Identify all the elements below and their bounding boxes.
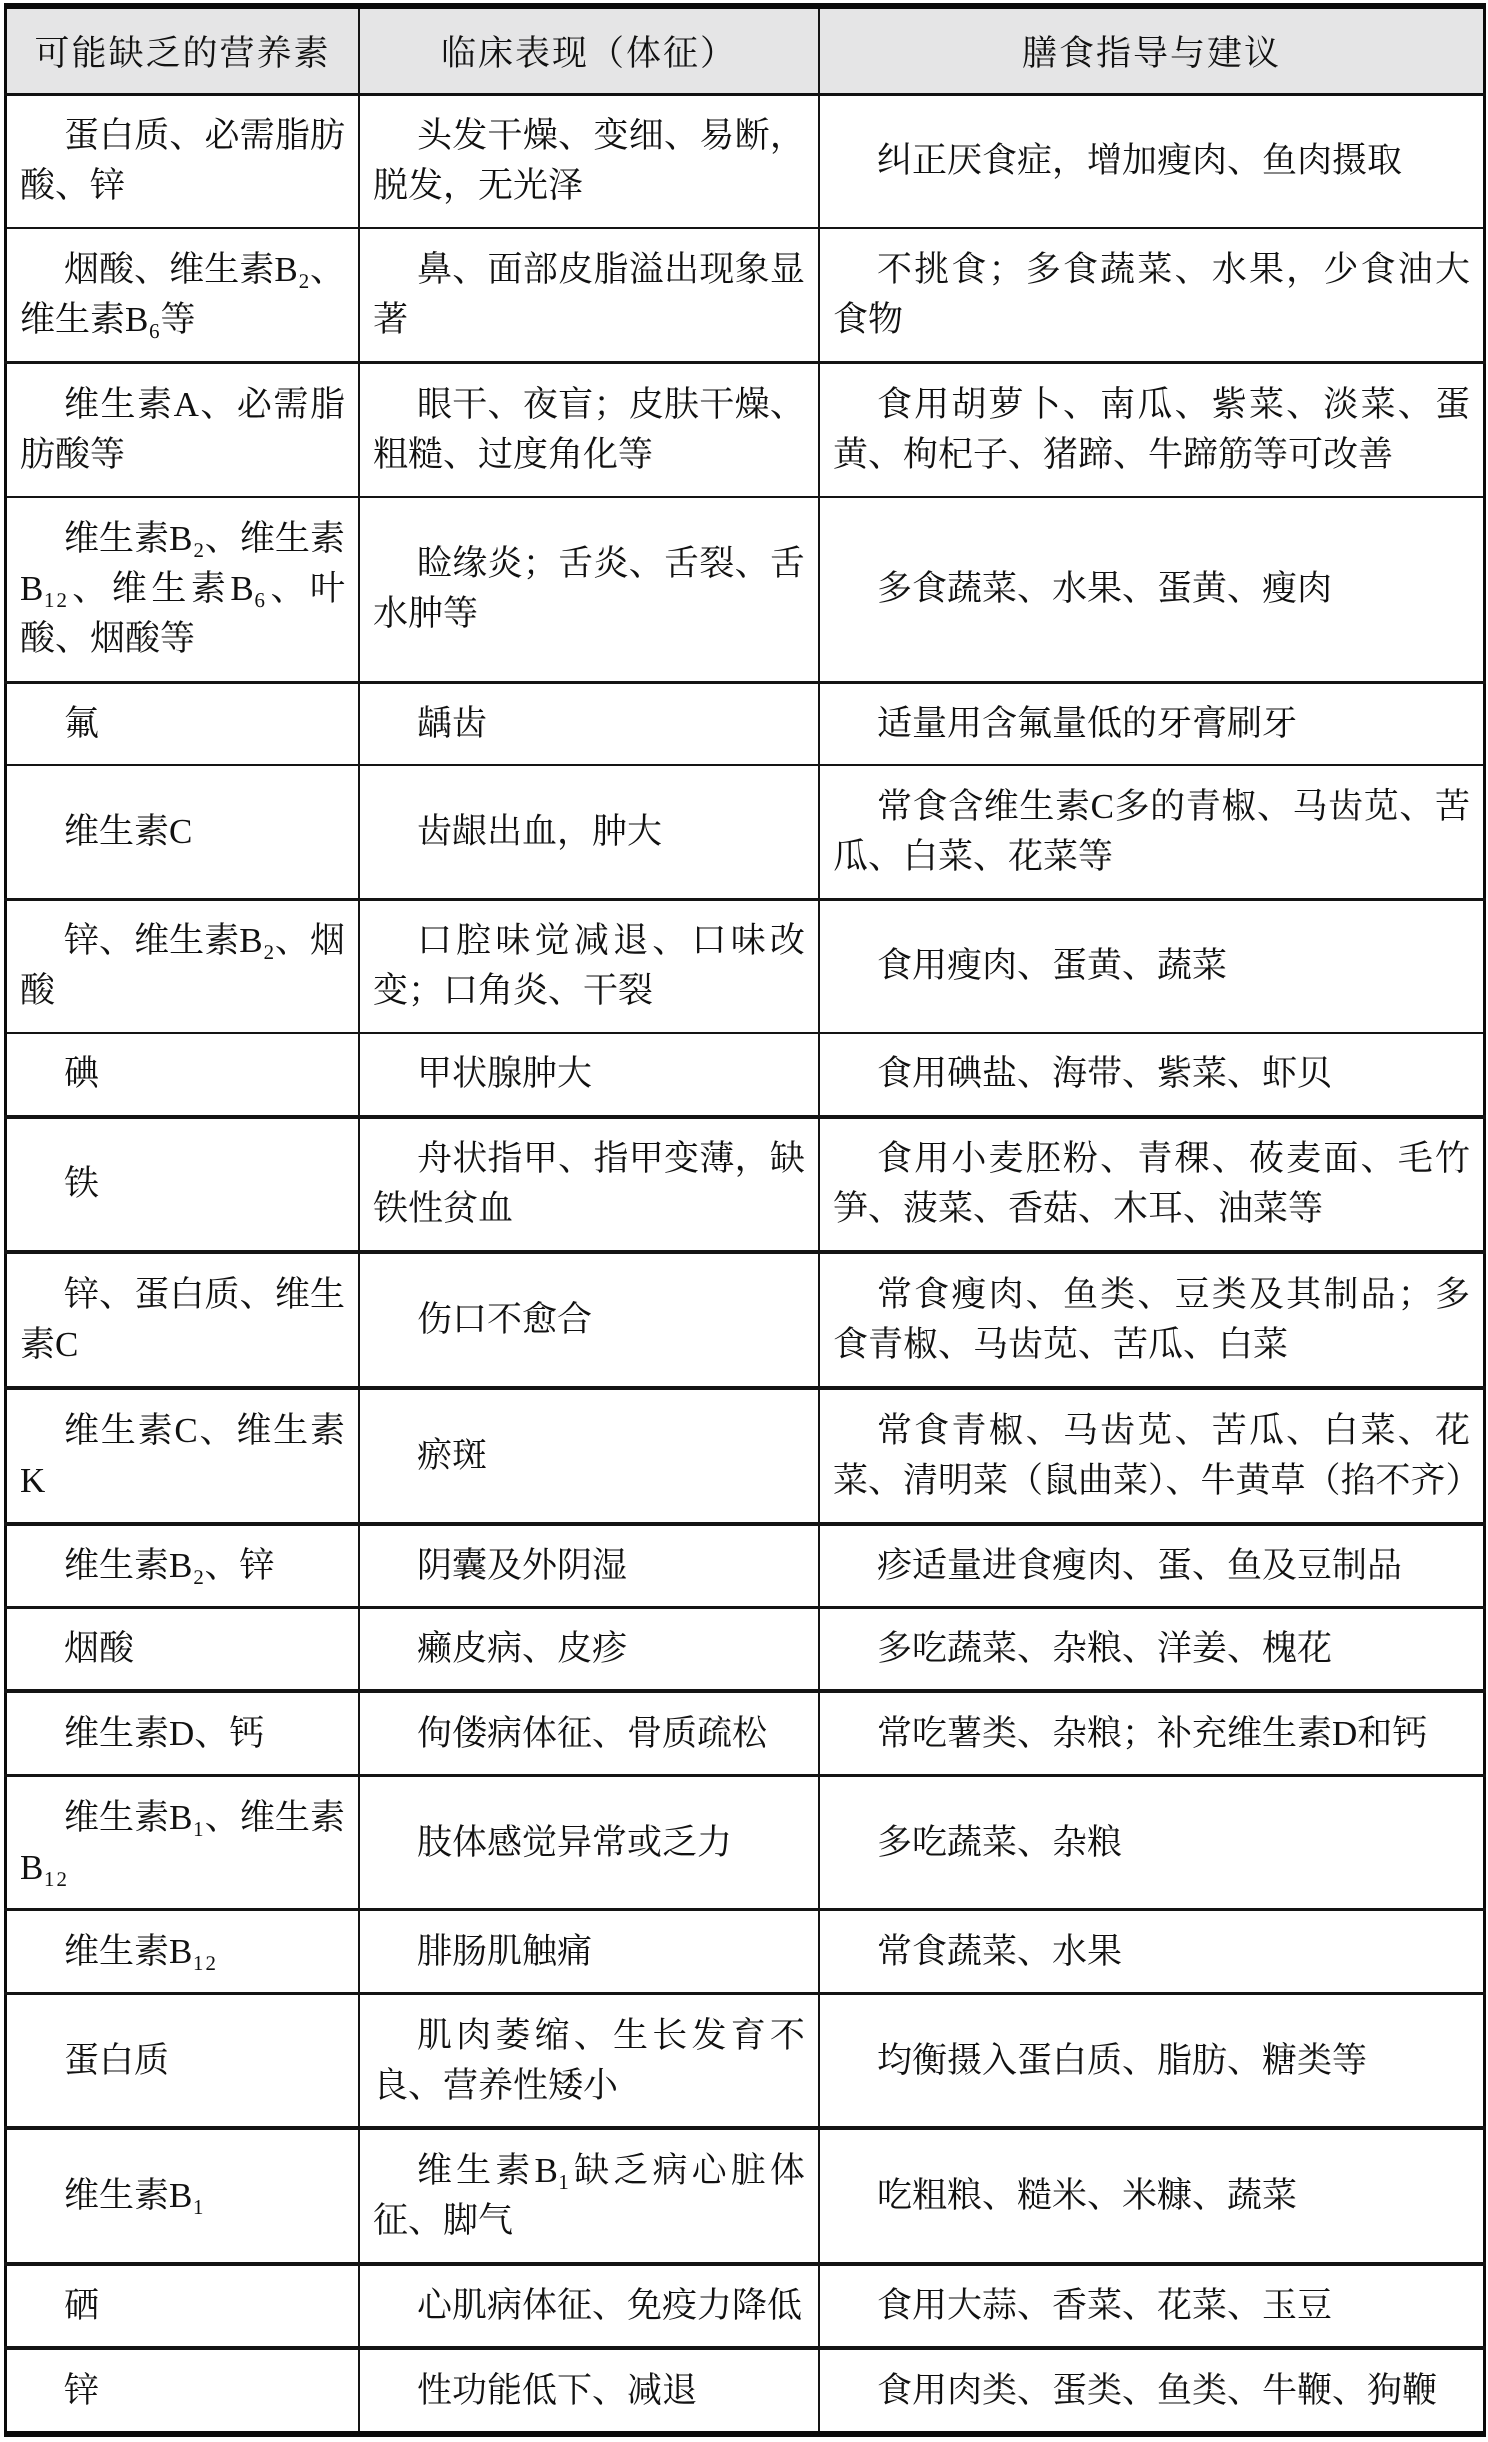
cell-signs: 眼干、夜盲；皮肤干燥、粗糙、过度角化等 <box>359 362 819 496</box>
table-row: 维生素D、钙 佝偻病体征、骨质疏松 常吃薯类、杂粮；补充维生素D和钙 <box>6 1691 1485 1775</box>
table-row: 维生素C、维生素K 瘀斑 常食青椒、马齿苋、苦瓜、白菜、花菜、清明菜（鼠曲菜）、… <box>6 1388 1485 1524</box>
cell-signs: 睑缘炎；舌炎、舌裂、舌水肿等 <box>359 497 819 683</box>
table-row: 硒 心肌病体征、免疫力降低 食用大蒜、香菜、花菜、玉豆 <box>6 2264 1485 2348</box>
table-row: 烟酸 癞皮病、皮疹 多吃蔬菜、杂粮、洋姜、槐花 <box>6 1608 1485 1692</box>
table-row: 锌、蛋白质、维生素C 伤口不愈合 常食瘦肉、鱼类、豆类及其制品；多食青椒、马齿苋… <box>6 1252 1485 1388</box>
cell-signs: 鼻、面部皮脂溢出现象显著 <box>359 228 819 362</box>
cell-nutrient: 氟 <box>6 682 359 765</box>
table-row: 维生素B₁ 维生素B₁缺乏病心脏体征、脚气 吃粗粮、糙米、米糠、蔬菜 <box>6 2128 1485 2264</box>
cell-signs: 齿龈出血，肿大 <box>359 765 819 899</box>
cell-signs: 性功能低下、减退 <box>359 2348 819 2434</box>
cell-signs: 舟状指甲、指甲变薄，缺铁性贫血 <box>359 1117 819 1253</box>
cell-signs: 瘀斑 <box>359 1388 819 1524</box>
cell-advice: 多吃蔬菜、杂粮 <box>819 1775 1485 1910</box>
cell-signs: 口腔味觉减退、口味改变；口角炎、干裂 <box>359 899 819 1033</box>
nutrition-deficiency-table: 可能缺乏的营养素 临床表现（体征） 膳食指导与建议 蛋白质、必需脂肪酸、锌 头发… <box>4 3 1486 2437</box>
table-row: 铁 舟状指甲、指甲变薄，缺铁性贫血 食用小麦胚粉、青稞、莜麦面、毛竹笋、菠菜、香… <box>6 1117 1485 1253</box>
cell-advice: 常食瘦肉、鱼类、豆类及其制品；多食青椒、马齿苋、苦瓜、白菜 <box>819 1252 1485 1388</box>
cell-advice: 食用肉类、蛋类、鱼类、牛鞭、狗鞭 <box>819 2348 1485 2434</box>
cell-advice: 均衡摄入蛋白质、脂肪、糖类等 <box>819 1993 1485 2128</box>
cell-signs: 维生素B₁缺乏病心脏体征、脚气 <box>359 2128 819 2264</box>
table-row: 维生素B₁、维生素B₁₂ 肢体感觉异常或乏力 多吃蔬菜、杂粮 <box>6 1775 1485 1910</box>
cell-signs: 阴囊及外阴湿 <box>359 1524 819 1608</box>
cell-nutrient: 维生素B₂、维生素B₁₂、维生素B₆、叶酸、烟酸等 <box>6 497 359 683</box>
cell-advice: 食用小麦胚粉、青稞、莜麦面、毛竹笋、菠菜、香菇、木耳、油菜等 <box>819 1117 1485 1253</box>
table-row: 维生素C 齿龈出血，肿大 常食含维生素C多的青椒、马齿苋、苦瓜、白菜、花菜等 <box>6 765 1485 899</box>
cell-advice: 疹适量进食瘦肉、蛋、鱼及豆制品 <box>819 1524 1485 1608</box>
cell-nutrient: 维生素B₂、锌 <box>6 1524 359 1608</box>
table-row: 烟酸、维生素B₂、维生素B₆等 鼻、面部皮脂溢出现象显著 不挑食；多食蔬菜、水果… <box>6 228 1485 362</box>
cell-advice: 多食蔬菜、水果、蛋黄、瘦肉 <box>819 497 1485 683</box>
table-row: 维生素B₁₂ 腓肠肌触痛 常食蔬菜、水果 <box>6 1910 1485 1993</box>
scanned-document-page: 可能缺乏的营养素 临床表现（体征） 膳食指导与建议 蛋白质、必需脂肪酸、锌 头发… <box>0 0 1488 2442</box>
cell-advice: 不挑食；多食蔬菜、水果，少食油大食物 <box>819 228 1485 362</box>
cell-advice: 食用碘盐、海带、紫菜、虾贝 <box>819 1033 1485 1116</box>
cell-signs: 癞皮病、皮疹 <box>359 1608 819 1692</box>
cell-advice: 食用胡萝卜、南瓜、紫菜、淡菜、蛋黄、枸杞子、猪蹄、牛蹄筋等可改善 <box>819 362 1485 496</box>
column-header-signs: 临床表现（体征） <box>359 6 819 94</box>
cell-advice: 常食蔬菜、水果 <box>819 1910 1485 1993</box>
cell-nutrient: 锌、维生素B₂、烟酸 <box>6 899 359 1033</box>
cell-nutrient: 烟酸、维生素B₂、维生素B₆等 <box>6 228 359 362</box>
table-row: 蛋白质、必需脂肪酸、锌 头发干燥、变细、易断，脱发，无光泽 纠正厌食症，增加瘦肉… <box>6 94 1485 228</box>
column-header-advice: 膳食指导与建议 <box>819 6 1485 94</box>
table-row: 蛋白质 肌肉萎缩、生长发育不良、营养性矮小 均衡摄入蛋白质、脂肪、糖类等 <box>6 1993 1485 2128</box>
cell-nutrient: 维生素C、维生素K <box>6 1388 359 1524</box>
cell-nutrient: 维生素C <box>6 765 359 899</box>
cell-advice: 食用瘦肉、蛋黄、蔬菜 <box>819 899 1485 1033</box>
cell-nutrient: 维生素D、钙 <box>6 1691 359 1775</box>
cell-advice: 多吃蔬菜、杂粮、洋姜、槐花 <box>819 1608 1485 1692</box>
cell-nutrient: 维生素B₁ <box>6 2128 359 2264</box>
cell-signs: 肌肉萎缩、生长发育不良、营养性矮小 <box>359 1993 819 2128</box>
cell-nutrient: 维生素A、必需脂肪酸等 <box>6 362 359 496</box>
cell-nutrient: 锌 <box>6 2348 359 2434</box>
cell-signs: 佝偻病体征、骨质疏松 <box>359 1691 819 1775</box>
table-row: 锌、维生素B₂、烟酸 口腔味觉减退、口味改变；口角炎、干裂 食用瘦肉、蛋黄、蔬菜 <box>6 899 1485 1033</box>
cell-nutrient: 烟酸 <box>6 1608 359 1692</box>
cell-nutrient: 蛋白质、必需脂肪酸、锌 <box>6 94 359 228</box>
cell-advice: 适量用含氟量低的牙膏刷牙 <box>819 682 1485 765</box>
table-row: 维生素B₂、锌 阴囊及外阴湿 疹适量进食瘦肉、蛋、鱼及豆制品 <box>6 1524 1485 1608</box>
cell-signs: 龋齿 <box>359 682 819 765</box>
cell-nutrient: 蛋白质 <box>6 1993 359 2128</box>
table-header: 可能缺乏的营养素 临床表现（体征） 膳食指导与建议 <box>6 6 1485 94</box>
cell-advice: 纠正厌食症，增加瘦肉、鱼肉摄取 <box>819 94 1485 228</box>
cell-signs: 头发干燥、变细、易断，脱发，无光泽 <box>359 94 819 228</box>
table-row: 碘 甲状腺肿大 食用碘盐、海带、紫菜、虾贝 <box>6 1033 1485 1116</box>
cell-nutrient: 铁 <box>6 1117 359 1253</box>
column-header-nutrient: 可能缺乏的营养素 <box>6 6 359 94</box>
table-row: 锌 性功能低下、减退 食用肉类、蛋类、鱼类、牛鞭、狗鞭 <box>6 2348 1485 2434</box>
cell-signs: 心肌病体征、免疫力降低 <box>359 2264 819 2348</box>
cell-advice: 常食含维生素C多的青椒、马齿苋、苦瓜、白菜、花菜等 <box>819 765 1485 899</box>
cell-signs: 肢体感觉异常或乏力 <box>359 1775 819 1910</box>
cell-nutrient: 锌、蛋白质、维生素C <box>6 1252 359 1388</box>
table-row: 维生素B₂、维生素B₁₂、维生素B₆、叶酸、烟酸等 睑缘炎；舌炎、舌裂、舌水肿等… <box>6 497 1485 683</box>
table-row: 维生素A、必需脂肪酸等 眼干、夜盲；皮肤干燥、粗糙、过度角化等 食用胡萝卜、南瓜… <box>6 362 1485 496</box>
cell-advice: 常吃薯类、杂粮；补充维生素D和钙 <box>819 1691 1485 1775</box>
cell-advice: 常食青椒、马齿苋、苦瓜、白菜、花菜、清明菜（鼠曲菜）、牛黄草（掐不齐） <box>819 1388 1485 1524</box>
cell-signs: 腓肠肌触痛 <box>359 1910 819 1993</box>
cell-advice: 食用大蒜、香菜、花菜、玉豆 <box>819 2264 1485 2348</box>
cell-nutrient: 维生素B₁₂ <box>6 1910 359 1993</box>
cell-nutrient: 维生素B₁、维生素B₁₂ <box>6 1775 359 1910</box>
header-row: 可能缺乏的营养素 临床表现（体征） 膳食指导与建议 <box>6 6 1485 94</box>
cell-signs: 甲状腺肿大 <box>359 1033 819 1116</box>
cell-nutrient: 硒 <box>6 2264 359 2348</box>
cell-advice: 吃粗粮、糙米、米糠、蔬菜 <box>819 2128 1485 2264</box>
cell-nutrient: 碘 <box>6 1033 359 1116</box>
table-body: 蛋白质、必需脂肪酸、锌 头发干燥、变细、易断，脱发，无光泽 纠正厌食症，增加瘦肉… <box>6 94 1485 2434</box>
table-row: 氟 龋齿 适量用含氟量低的牙膏刷牙 <box>6 682 1485 765</box>
cell-signs: 伤口不愈合 <box>359 1252 819 1388</box>
